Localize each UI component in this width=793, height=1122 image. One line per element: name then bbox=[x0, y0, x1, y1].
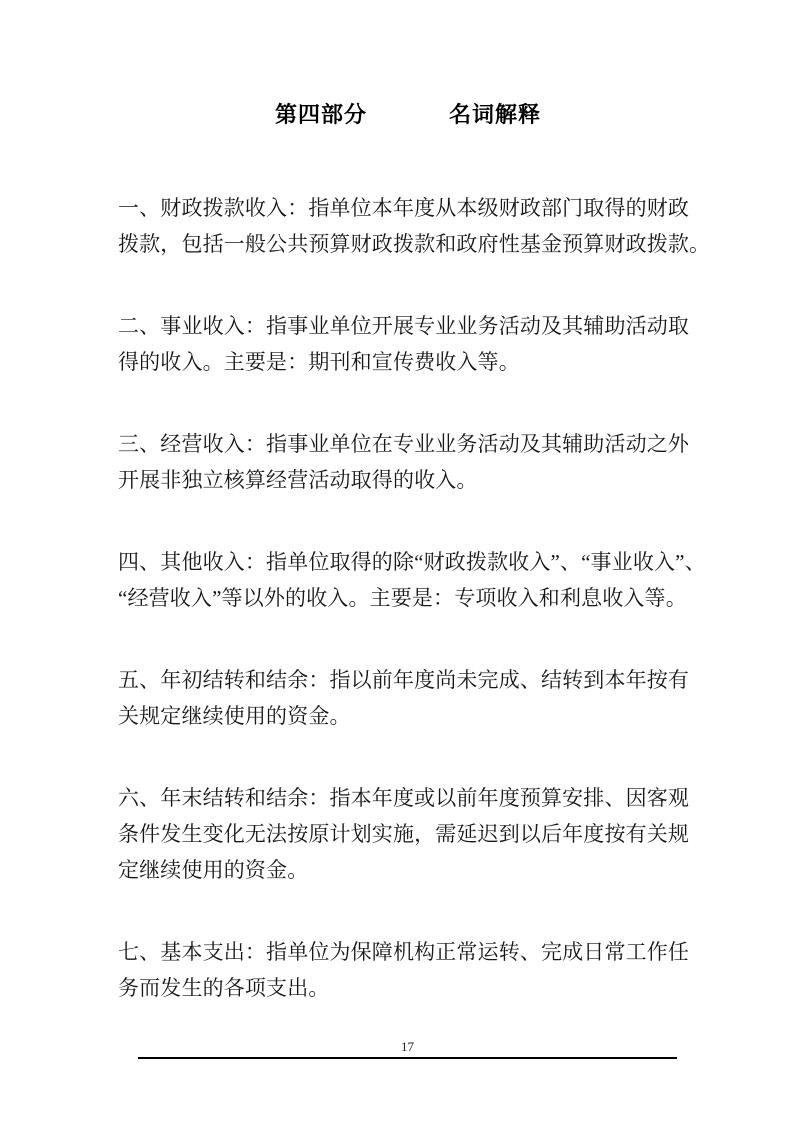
glossary-item-basic-expenditure: 七、基本支出：指单位为保障机构正常运转、完成日常工作任 务而发生的各项支出。 bbox=[118, 934, 758, 1006]
page-title: 第四部分 名词解释 bbox=[275, 101, 541, 129]
document-page: 第四部分 名词解释 一、财政拨款收入：指单位本年度从本级财政部门取得的财政 拨款… bbox=[0, 0, 793, 1122]
glossary-item-operating-income: 二、事业收入：指事业单位开展专业业务活动及其辅助活动取 得的收入。主要是：期刊和… bbox=[118, 308, 758, 380]
glossary-content: 一、财政拨款收入：指单位本年度从本级财政部门取得的财政 拨款，包括一般公共预算财… bbox=[118, 190, 758, 1052]
glossary-item-fiscal-appropriation-income: 一、财政拨款收入：指单位本年度从本级财政部门取得的财政 拨款，包括一般公共预算财… bbox=[118, 190, 758, 262]
title-section-name: 名词解释 bbox=[449, 101, 541, 129]
glossary-item-business-income: 三、经营收入：指事业单位在专业业务活动及其辅助活动之外 开展非独立核算经营活动取… bbox=[118, 426, 758, 498]
title-section-number: 第四部分 bbox=[275, 101, 367, 129]
glossary-item-year-end-carryover: 六、年末结转和结余：指本年度或以前年度预算安排、因客观 条件发生变化无法按原计划… bbox=[118, 780, 758, 888]
footer-divider-line bbox=[138, 1057, 677, 1059]
glossary-item-other-income: 四、其他收入：指单位取得的除“财政拨款收入”、“事业收入”、 “经营收入”等以外… bbox=[118, 544, 758, 616]
page-number: 17 bbox=[138, 1038, 677, 1056]
glossary-item-beginning-year-carryover: 五、年初结转和结余：指以前年度尚未完成、结转到本年按有 关规定继续使用的资金。 bbox=[118, 662, 758, 734]
